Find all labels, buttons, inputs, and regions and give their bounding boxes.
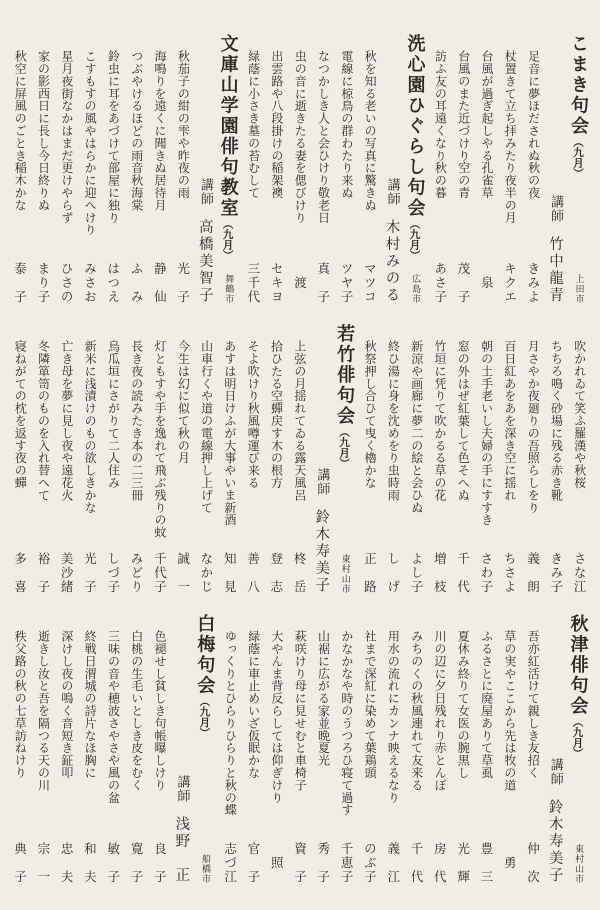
poem-column: 新涼や画廊に夢二の絵と会ひぬよし子 <box>404 324 427 594</box>
section-title-column: 若竹俳句会（九月）東村山市 <box>331 324 358 594</box>
poem-author: 千恵子 <box>339 842 353 884</box>
poem-author: 義 朗 <box>526 552 540 594</box>
band-bottom: 秋津俳句会（九月）東村山市講師鈴木寿美子吾亦紅活けて親しき友招く仲 次草の実やこ… <box>8 614 591 884</box>
section-city: 広島市 <box>409 274 420 304</box>
poem-column: 秋を知る老いの写真に驚きぬマツコ <box>358 34 381 304</box>
poem-column: 百日紅あをあを深き空に揺れちさよ <box>498 324 521 594</box>
poem-column: 電線に椋鳥の群わたり来ぬツヤ子 <box>335 34 358 304</box>
poem-column: かなかなや時のうつろひ寝て過す千恵子 <box>335 614 358 884</box>
poem-text: ふるさとに廃屋ありて草虱 <box>479 630 492 779</box>
poem-column: 出雲路や八段掛けの稲架襖セキヨ <box>265 34 288 304</box>
poem-author: 増 枝 <box>433 552 447 594</box>
poem-text: 新涼や画廊に夢二の絵と会ひぬ <box>410 340 423 514</box>
section-city: 舞鶴市 <box>222 274 233 304</box>
poem-text: 秩父路の秋の七草訪ねけり <box>13 630 26 779</box>
poem-text: 今生は幻に似て秋の月 <box>176 340 189 464</box>
poem-text: 朝の土手老いし夫婦の手にすすき <box>479 340 492 526</box>
poem-text: 月さやか夜廻りの吾照らしをり <box>526 340 539 514</box>
poem-column: 灯ともすや手を逸れて飛ぶ残りの蚊千代子 <box>148 324 171 594</box>
poem-author: 真 子 <box>316 262 330 304</box>
lecturer-label: 講師 <box>547 758 562 786</box>
poem-column: 窓の外はぜ紅葉して色そへぬ千 代 <box>451 324 474 594</box>
poem-author: ひさの <box>59 262 73 304</box>
section-month-label: （九月） <box>222 219 234 261</box>
section-title: 洗心園ひぐらし句会（九月） <box>404 34 426 261</box>
poem-column: ふるさとに廃屋ありて草虱豊 三 <box>474 614 497 884</box>
poem-author: マツコ <box>363 262 377 304</box>
poem-author: ツヤ子 <box>339 262 353 304</box>
poem-author: なかじ <box>199 552 213 594</box>
poem-column: なつかしき人と会ひけり敬老日真 子 <box>311 34 334 304</box>
poem-author: 誠 一 <box>176 552 190 594</box>
poem-author: 登 志 <box>269 552 283 594</box>
poem-column: 竹垣に凭りて吹かるる草の花増 枝 <box>428 324 451 594</box>
lecturer-label: 講師 <box>197 178 212 206</box>
poem-author: あさ子 <box>433 262 447 304</box>
poem-text: 足音に夢ほだされぬ秋の夜 <box>526 50 539 199</box>
poem-author: しづ子 <box>106 552 120 594</box>
poem-author: 善 八 <box>246 552 260 594</box>
poem-column: つぶやけるほどの雨音秋海棠ふ み <box>124 34 147 304</box>
section-month-label: （九月） <box>338 427 350 469</box>
poem-text: 灯ともすや手を逸れて飛ぶ残りの蚊 <box>153 340 166 538</box>
poem-text: 烏瓜垣にさがりて二人住み <box>106 340 119 489</box>
poem-column: 用水の流れにカンナ映えるなり義 江 <box>381 614 404 884</box>
lecturer-column: 講師竹中龍青 <box>545 34 565 304</box>
poem-author: 光 輝 <box>456 842 470 884</box>
poem-author: きみよ <box>526 262 540 304</box>
section-city: 東村山市 <box>572 844 583 884</box>
poem-text: 終戦日渭城の詩片なほ胸に <box>83 630 96 779</box>
section-title: 若竹俳句会（九月） <box>334 324 356 469</box>
poem-column: 大やんま背反らしては仰ぎけり照 <box>265 614 288 884</box>
poem-text: 杖置きて立ち拝みたり夜半の月 <box>503 50 516 224</box>
poem-text: 鈴虫に耳をあづけて部屋に独り <box>106 50 119 224</box>
poem-author: 秀 子 <box>316 842 330 884</box>
poem-text: 大やんま背反らしては仰ぎけり <box>270 630 283 804</box>
poem-author: 忠 夫 <box>59 842 73 884</box>
poem-text: 冬隣箪笥のものを入れ替へて <box>36 340 49 501</box>
poem-author: まり子 <box>36 262 50 304</box>
poem-text: 台風のまた近づけり空の青 <box>457 50 470 199</box>
poem-column: こすもすの風やはらかに迎へけりみさお <box>78 34 101 304</box>
poem-column: 終戦日渭城の詩片なほ胸に和 夫 <box>78 614 101 884</box>
poem-author: はつえ <box>106 262 120 304</box>
poem-author: 光 子 <box>83 552 97 594</box>
lecturer-name: 木村みのる <box>383 219 400 304</box>
poem-column: 緑蔭に小さき墓の苔むして三千代 <box>241 34 264 304</box>
poem-author: 千 代 <box>409 842 423 884</box>
poem-author: セキヨ <box>269 262 283 304</box>
poem-column: 拾ひたる空蟬戻す木の根方登 志 <box>264 324 287 594</box>
poem-text: 川の辺に夕日残れり赤とんぼ <box>433 630 446 791</box>
poem-text: 深けし夜の鳴く音短き鉦叩 <box>60 630 73 779</box>
poem-column: 冬隣箪笥のものを入れ替へて裕 子 <box>31 324 54 594</box>
band-top: こまき句会（九月）上田市講師竹中龍青足音に夢ほだされぬ秋の夜きみよ杖置きて立ち拝… <box>8 34 592 304</box>
poem-column: 萩咲けり母に見せむと車椅子資 子 <box>288 614 311 884</box>
poem-column: ちちろ鳴く砂場に残る赤き靴きみ子 <box>544 324 567 594</box>
poem-author: 志づ江 <box>223 842 237 884</box>
lecturer-label: 講師 <box>384 178 399 206</box>
poem-author: 千代子 <box>153 552 167 594</box>
poem-text: 終ひ湯に身を沈めをり虫時雨 <box>386 340 399 501</box>
poem-text: 拾ひたる空蟬戻す木の根方 <box>269 340 282 489</box>
section-title: 白梅句会（九月） <box>194 614 216 738</box>
poem-text: ちちろ鳴く砂場に残る赤き靴 <box>549 340 562 501</box>
poem-column: 白桃の生毛いとしき皮をむく寛 子 <box>124 614 147 884</box>
poem-text: 草の実やここから先は牧の道 <box>503 630 516 791</box>
poem-author: 静 仙 <box>153 262 167 304</box>
poem-column: 寝ねがての枕を返す夜の蟬多 喜 <box>8 324 31 594</box>
poem-text: 海鳴りを遠くに聞きぬ居待月 <box>153 50 166 211</box>
poem-column: 夏休み終りて女医の腕黒し光 輝 <box>451 614 474 884</box>
poem-author: 泉 <box>480 276 494 304</box>
poem-author: 多 喜 <box>13 552 27 594</box>
poem-column: 月さやか夜廻りの吾照らしをり義 朗 <box>521 324 544 594</box>
poem-author: 柊 岳 <box>292 552 306 594</box>
poem-column: 訪ふ友の耳遠くなり秋の暮あさ子 <box>428 34 451 304</box>
poem-column: 長き夜の読みたき本の二三冊みどり <box>124 324 147 594</box>
section-city: 上田市 <box>573 274 584 304</box>
poem-text: 虫の音に逝きたる妻を偲びけり <box>293 50 306 224</box>
poem-text: 電線に椋鳥の群わたり来ぬ <box>340 50 353 199</box>
poem-column: 三味の音や穂波さやさや風の盆敏 子 <box>101 614 124 884</box>
poem-text: 訪ふ友の耳遠くなり秋の暮 <box>433 50 446 199</box>
poem-text: あすは明日けふが大事やいま新酒 <box>223 340 236 526</box>
poem-column: 足音に夢ほだされぬ秋の夜きみよ <box>521 34 544 304</box>
poem-author: 光 子 <box>176 262 190 304</box>
poem-text: かなかなや時のうつろひ寝て過す <box>340 630 353 816</box>
poem-column: 緑蔭に車止めいざ仮眠かな官 子 <box>241 614 264 884</box>
lecturer-label: 講師 <box>313 468 328 496</box>
poem-text: つぶやけるほどの雨音秋海棠 <box>130 50 143 211</box>
poem-text: 寝ねがての枕を返す夜の蟬 <box>13 340 26 489</box>
poem-author: 宗 一 <box>36 842 50 884</box>
lecturer-label: 講師 <box>547 195 562 223</box>
poem-author: 照 <box>269 856 283 884</box>
poem-author: 正 路 <box>363 552 377 594</box>
poem-author: 資 子 <box>293 842 307 884</box>
lecturer-name: 竹中龍青 <box>546 236 563 304</box>
poem-text: 吹かれゐて笑ふ羅漢や秋桜 <box>573 340 586 489</box>
poem-author: 寛 子 <box>129 842 143 884</box>
poem-author: 仲 次 <box>526 842 540 884</box>
poem-text: 萩咲けり母に見せむと車椅子 <box>293 630 306 791</box>
lecturer-name: 高橋美智子 <box>196 219 213 304</box>
poem-column: 今生は幻に似て秋の月誠 一 <box>171 324 194 594</box>
poem-author: 泰 子 <box>13 262 27 304</box>
poem-text: 台風が過ぎ起しやる孔雀草 <box>480 50 493 199</box>
section-city: 東村山市 <box>339 554 350 594</box>
poem-text: 社まで深紅に染めて葉鶏頭 <box>363 630 376 779</box>
poem-text: 山車行くや道の電線押し上げて <box>199 340 212 514</box>
poem-author: 勇 <box>502 856 516 884</box>
poem-column: みちのくの秋風連れて友来る千 代 <box>404 614 427 884</box>
poem-author: 千 代 <box>456 552 470 594</box>
section-month-label: （九月） <box>198 696 210 738</box>
poem-author: みさお <box>83 262 97 304</box>
poem-column: 台風のまた近づけり空の青茂 子 <box>451 34 474 304</box>
poem-text: 長き夜の読みたき本の二三冊 <box>130 340 143 501</box>
poem-text: 秋茄子の紺の雫や昨夜の雨 <box>176 50 189 199</box>
poem-column: 台風が過ぎ起しやる孔雀草泉 <box>475 34 498 304</box>
poem-author: ふ み <box>129 262 143 304</box>
poem-column: 上弦の月揺れてゐる露天風呂柊 岳 <box>288 324 311 594</box>
poem-column: 秋茄子の紺の雫や昨夜の雨光 子 <box>171 34 194 304</box>
poem-text: こすもすの風やはらかに迎へけり <box>83 50 96 236</box>
lecturer-column: 講師鈴木寿美子 <box>311 324 331 594</box>
lecturer-column: 講師木村みのる <box>381 34 401 304</box>
poem-author: きみ子 <box>549 552 563 594</box>
poem-text: 窓の外はぜ紅葉して色そへぬ <box>456 340 469 501</box>
poem-author: よし子 <box>409 552 423 594</box>
poem-text: 新米に浅漬けのもの欲しきかな <box>83 340 96 514</box>
poem-author: 豊 三 <box>479 842 493 884</box>
poem-text: 用水の流れにカンナ映えるなり <box>386 630 399 804</box>
poem-author: 和 夫 <box>83 842 97 884</box>
poem-column: 深けし夜の鳴く音短き鉦叩忠 夫 <box>55 614 78 884</box>
poem-author: みどり <box>129 552 143 594</box>
poem-column: 川の辺に夕日残れり赤とんぼ房 代 <box>428 614 451 884</box>
haiku-magazine-page: こまき句会（九月）上田市講師竹中龍青足音に夢ほだされぬ秋の夜きみよ杖置きて立ち拝… <box>0 0 600 910</box>
poem-text: 星月夜街なかはまだ更けやらず <box>60 50 73 224</box>
section-title: こまき句会（九月） <box>567 34 589 179</box>
poem-text: 山裾に広がる家並晩夏光 <box>316 630 329 766</box>
poem-column: 杖置きて立ち拝みたり夜半の月キクエ <box>498 34 521 304</box>
poem-column: 新米に浅漬けのもの欲しきかな光 子 <box>78 324 101 594</box>
poem-text: 秋を知る老いの写真に驚きぬ <box>363 50 376 211</box>
poem-author: 官 子 <box>246 842 260 884</box>
section-city: 船橋市 <box>199 854 210 884</box>
poem-text: 夏休み終りて女医の腕黒し <box>456 630 469 779</box>
poem-author: キクエ <box>503 262 517 304</box>
poem-author: 美沙緒 <box>59 552 73 594</box>
poem-author: 敏 子 <box>106 842 120 884</box>
poem-column: 逝きし汝と吾を隔つる天の川宗 一 <box>31 614 54 884</box>
band-middle: 吹かれゐて笑ふ羅漢や秋桜さな江ちちろ鳴く砂場に残る赤き靴きみ子月さやか夜廻りの吾… <box>8 324 591 594</box>
poem-text: 竹垣に凭りて吹かるる草の花 <box>433 340 446 501</box>
lecturer-column: 講師高橋美智子 <box>194 34 214 304</box>
section-title-column: こまき句会（九月）上田市 <box>565 34 592 304</box>
poem-column: 色褪せし貧しき句帳曝しけり良 子 <box>148 614 171 884</box>
section-month-label: （九月） <box>572 137 584 179</box>
lecturer-name: 鈴木寿美子 <box>313 509 330 594</box>
poem-column: 烏瓜垣にさがりて二人住みしづ子 <box>101 324 124 594</box>
poem-text: そよ吹けり秋風噂運び来る <box>246 340 259 489</box>
poem-author: 裕 子 <box>36 552 50 594</box>
poem-column: 秋祭押し合ひて曳く櫓かな正 路 <box>358 324 381 594</box>
poem-text: 上弦の月揺れてゐる露天風呂 <box>293 340 306 501</box>
poem-text: 家の影西日に長し今日終りぬ <box>36 50 49 211</box>
poem-text: 色褪せし貧しき句帳曝しけり <box>153 630 166 791</box>
poem-text: 秋空に屏風のごとき稲木かな <box>13 50 26 211</box>
poem-author: のぶ子 <box>363 842 377 884</box>
poem-text: ゆっくりとひらりひらりと秋の蝶 <box>223 630 236 816</box>
poem-text: 緑蔭に車止めいざ仮眠かな <box>246 630 259 779</box>
poem-author: 房 代 <box>433 842 447 884</box>
section-title-column: 洗心園ひぐらし句会（九月）広島市 <box>401 34 428 304</box>
section-month-label: （九月） <box>408 219 420 261</box>
poem-column: そよ吹けり秋風噂運び来る善 八 <box>241 324 264 594</box>
poem-column: 星月夜街なかはまだ更けやらずひさの <box>55 34 78 304</box>
poem-author: 義 江 <box>386 842 400 884</box>
poem-column: 吹かれゐて笑ふ羅漢や秋桜さな江 <box>568 324 591 594</box>
poem-text: 逝きし汝と吾を隔つる天の川 <box>36 630 49 791</box>
poem-author: 三千代 <box>246 262 260 304</box>
section-title-column: 文庫山学園俳句教室（九月）舞鶴市 <box>214 34 241 304</box>
section-month-label: （九月） <box>572 717 584 759</box>
poem-author: 渡 <box>293 276 307 304</box>
poem-column: 山車行くや道の電線押し上げてなかじ <box>194 324 217 594</box>
section-title-column: 白梅句会（九月）船橋市 <box>191 614 218 884</box>
poem-column: ゆっくりとひらりひらりと秋の蝶志づ江 <box>218 614 241 884</box>
lecturer-label: 講師 <box>174 775 189 803</box>
poem-column: あすは明日けふが大事やいま新酒知 見 <box>218 324 241 594</box>
section-title: 秋津俳句会（九月） <box>567 614 589 759</box>
poem-column: 海鳴りを遠くに聞きぬ居待月静 仙 <box>148 34 171 304</box>
poem-text: 白桃の生毛いとしき皮をむく <box>130 630 143 791</box>
poem-text: 三味の音や穂波さやさや風の盆 <box>106 630 119 804</box>
poem-column: 草の実やここから先は牧の道勇 <box>498 614 521 884</box>
poem-column: 家の影西日に長し今日終りぬまり子 <box>31 34 54 304</box>
poem-author: 知 見 <box>222 552 236 594</box>
poem-author: 茂 子 <box>456 262 470 304</box>
poem-column: 終ひ湯に身を沈めをり虫時雨し げ <box>381 324 404 594</box>
poem-author: 典 子 <box>13 842 27 884</box>
poem-author: さな江 <box>572 552 586 594</box>
poem-author: さわ子 <box>479 552 493 594</box>
poem-column: 虫の音に逝きたる妻を偲びけり渡 <box>288 34 311 304</box>
poem-author: し げ <box>386 552 400 594</box>
poem-text: みちのくの秋風連れて友来る <box>410 630 423 791</box>
poem-text: 出雲路や八段掛けの稲架襖 <box>270 50 283 199</box>
poem-text: 緑蔭に小さき墓の苔むして <box>246 50 259 199</box>
lecturer-name: 浅野 正 <box>173 816 190 884</box>
poem-column: 朝の土手老いし夫婦の手にすすきさわ子 <box>474 324 497 594</box>
lecturer-column: 講師浅野 正 <box>171 614 191 884</box>
section-title: 文庫山学園俳句教室（九月） <box>217 34 239 261</box>
poem-column: 亡き母を夢に見し夜や遠花火美沙緒 <box>55 324 78 594</box>
lecturer-name: 鈴木寿美子 <box>546 799 563 884</box>
poem-column: 社まで深紅に染めて葉鶏頭のぶ子 <box>358 614 381 884</box>
poem-text: 吾亦紅活けて親しき友招く <box>526 630 539 779</box>
poem-text: 秋祭押し合ひて曳く櫓かな <box>363 340 376 489</box>
poem-author: ちさよ <box>502 552 516 594</box>
poem-column: 鈴虫に耳をあづけて部屋に独りはつえ <box>101 34 124 304</box>
poem-column: 山裾に広がる家並晩夏光秀 子 <box>311 614 334 884</box>
poem-text: なつかしき人と会ひけり敬老日 <box>316 50 329 224</box>
section-title-column: 秋津俳句会（九月）東村山市 <box>564 614 591 884</box>
poem-text: 百日紅あをあを深き空に揺れ <box>503 340 516 501</box>
poem-column: 秋空に屏風のごとき稲木かな泰 子 <box>8 34 31 304</box>
poem-column: 秩父路の秋の七草訪ねけり典 子 <box>8 614 31 884</box>
poem-author: 良 子 <box>153 842 167 884</box>
poem-column: 吾亦紅活けて親しき友招く仲 次 <box>521 614 544 884</box>
poem-text: 亡き母を夢に見し夜や遠花火 <box>60 340 73 501</box>
lecturer-column: 講師鈴木寿美子 <box>544 614 564 884</box>
